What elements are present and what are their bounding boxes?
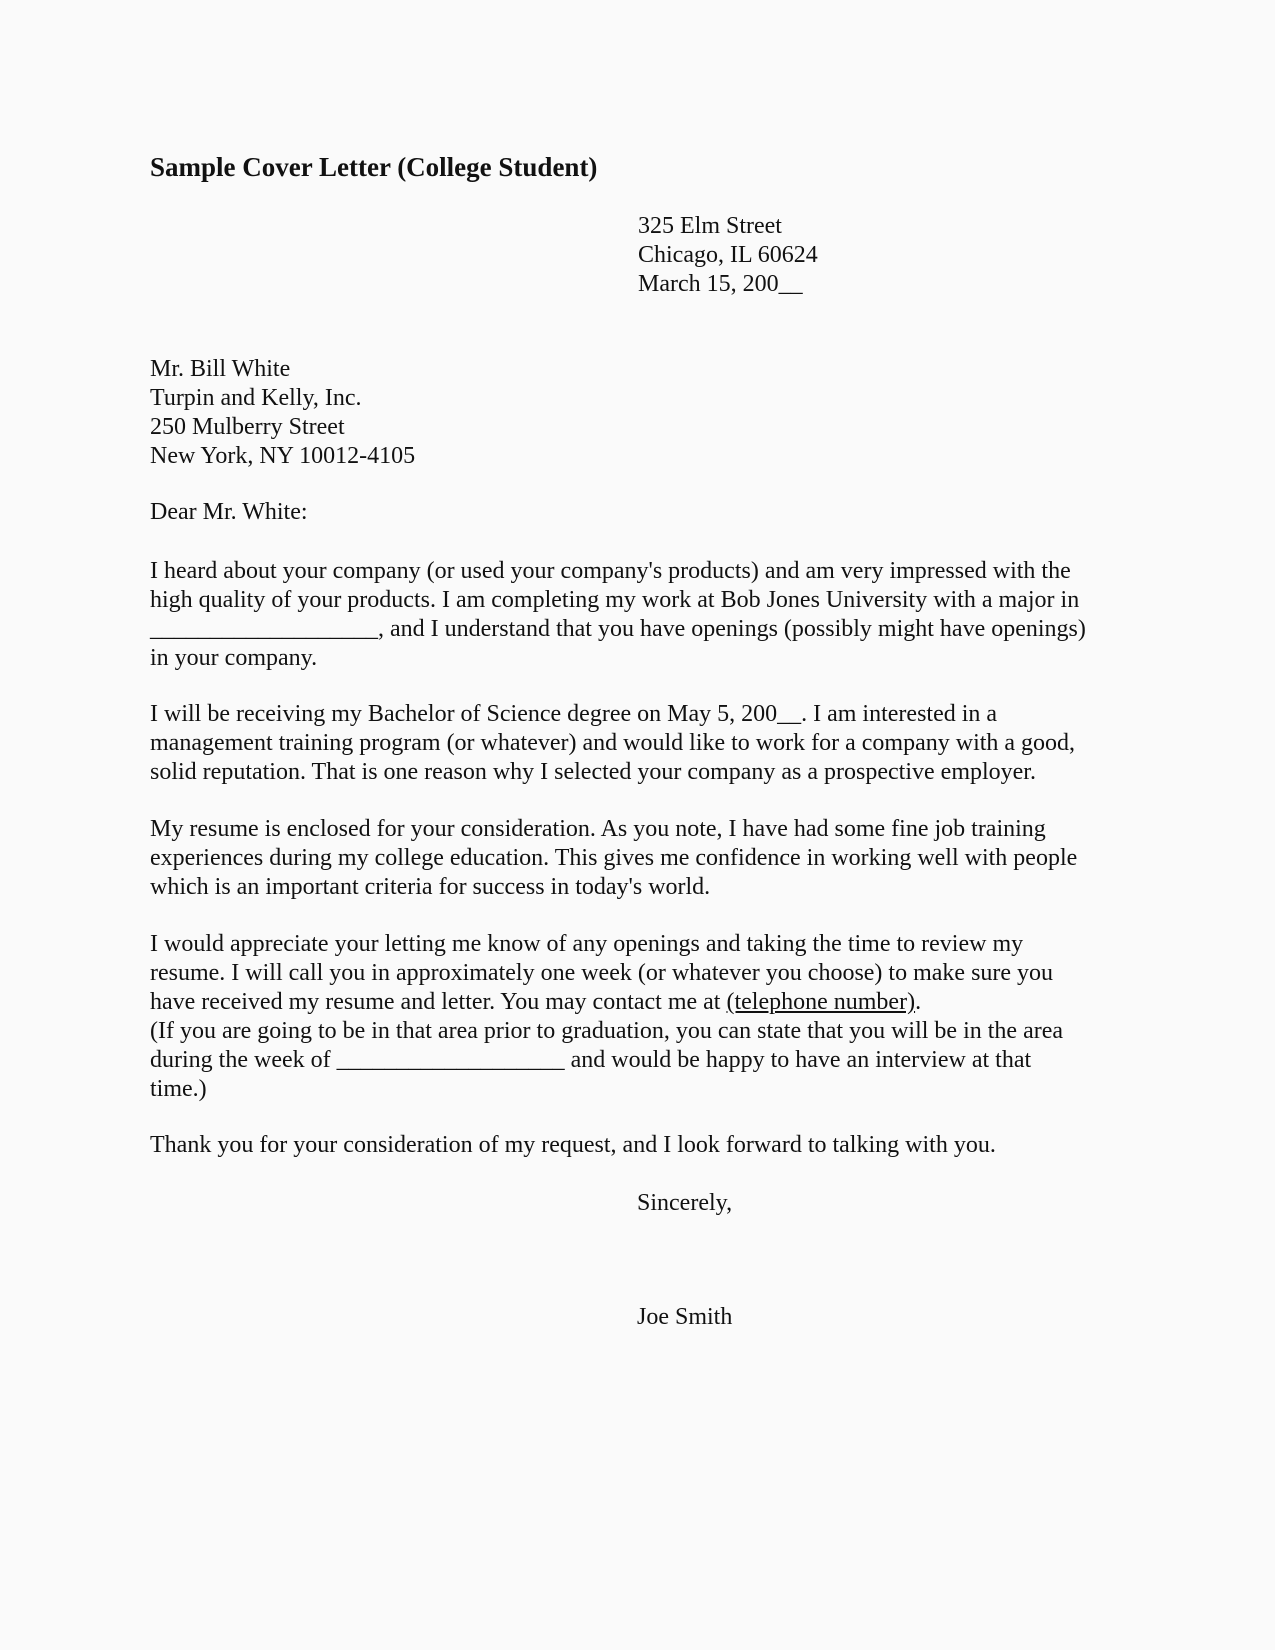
closing: Sincerely, [637,1189,732,1218]
paragraph-line: management training program (or whatever… [150,729,1075,758]
paragraph-line: high quality of your products. I am comp… [150,586,1086,615]
paragraph-line: I will be receiving my Bachelor of Scien… [150,700,1075,729]
salutation: Dear Mr. White: [150,498,308,527]
paragraph-2: I will be receiving my Bachelor of Scien… [150,700,1075,787]
paragraph-line: in your company. [150,644,1086,673]
recipient-company: Turpin and Kelly, Inc. [150,384,415,413]
paragraph-line: My resume is enclosed for your considera… [150,815,1077,844]
recipient-street: 250 Mulberry Street [150,413,415,442]
contact-period: . [915,989,921,1015]
paragraph-line: I heard about your company (or used your… [150,557,1086,586]
paragraph-line: I would appreciate your letting me know … [150,930,1063,959]
document-title: Sample Cover Letter (College Student) [150,150,597,184]
sender-address: 325 Elm Street Chicago, IL 60624 March 1… [638,212,818,299]
paragraph-4: I would appreciate your letting me know … [150,930,1063,1104]
signature-name: Joe Smith [637,1303,732,1332]
paragraph-line-contact: have received my resume and letter. You … [150,988,1063,1017]
letter-date: March 15, 200__ [638,270,818,299]
contact-text: have received my resume and letter. You … [150,989,726,1015]
paragraph-line: Thank you for your consideration of my r… [150,1131,996,1160]
recipient-city: New York, NY 10012-4105 [150,442,415,471]
telephone-number-placeholder: (telephone number) [726,989,915,1015]
sender-street: 325 Elm Street [638,212,818,241]
paragraph-5: Thank you for your consideration of my r… [150,1131,996,1160]
letter-page: Sample Cover Letter (College Student) 32… [0,0,1275,1650]
paragraph-line: ___________________, and I understand th… [150,615,1086,644]
paragraph-line: (If you are going to be in that area pri… [150,1017,1063,1046]
paragraph-line: during the week of ___________________ a… [150,1046,1063,1075]
paragraph-line: experiences during my college education.… [150,844,1077,873]
paragraph-line: solid reputation. That is one reason why… [150,758,1075,787]
paragraph-line: which is an important criteria for succe… [150,873,1077,902]
paragraph-line: time.) [150,1075,1063,1104]
recipient-name: Mr. Bill White [150,355,415,384]
recipient-address: Mr. Bill White Turpin and Kelly, Inc. 25… [150,355,415,471]
paragraph-line: resume. I will call you in approximately… [150,959,1063,988]
sender-city: Chicago, IL 60624 [638,241,818,270]
paragraph-3: My resume is enclosed for your considera… [150,815,1077,902]
paragraph-1: I heard about your company (or used your… [150,557,1086,673]
